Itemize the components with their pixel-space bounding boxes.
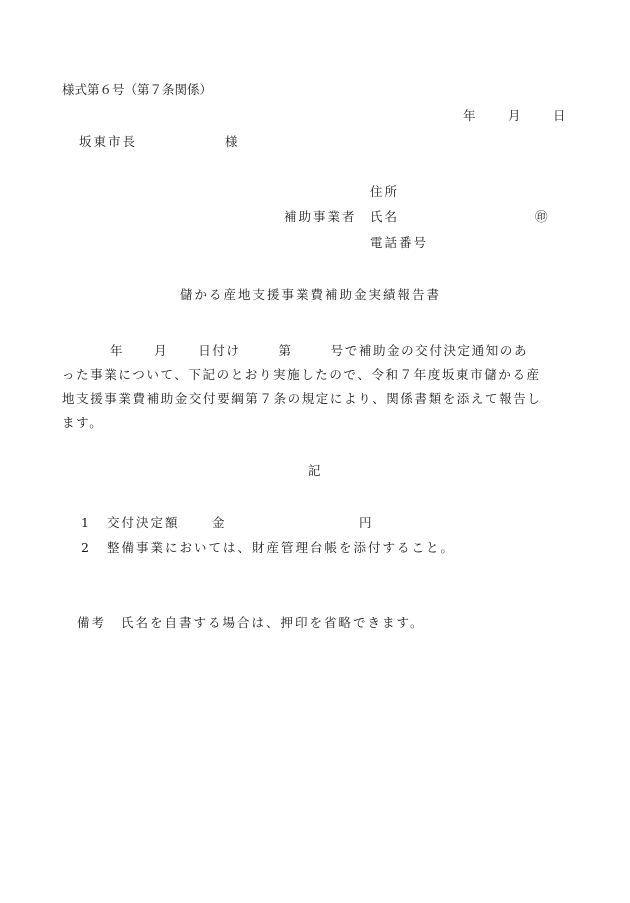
body-line-1-rest: 号で補助金の交付決定通知のあ bbox=[331, 343, 528, 358]
amount-prefix: 金 bbox=[212, 517, 225, 530]
blank-month: 月 bbox=[154, 343, 168, 358]
item-number: 1 bbox=[81, 517, 89, 530]
body-line-4: ます。 bbox=[62, 411, 578, 435]
addressee-honorific: 様 bbox=[225, 136, 238, 149]
document-title: 儲かる産地支援事業費補助金実績報告書 bbox=[180, 289, 441, 302]
address-label: 住所 bbox=[370, 186, 399, 199]
body-line-1: 年月日付け第号で補助金の交付決定通知のあ bbox=[62, 339, 578, 363]
blank-year: 年 bbox=[110, 343, 124, 358]
name-label: 氏名 bbox=[370, 211, 399, 224]
blank-number: 第 bbox=[279, 343, 293, 358]
date-day: 日 bbox=[553, 110, 566, 123]
remarks-text: 氏名を自書する場合は、押印を省略できます。 bbox=[121, 617, 425, 630]
seal-mark: ㊞ bbox=[535, 211, 548, 224]
form-number-label: 様式第６号（第７条関係） bbox=[62, 84, 212, 97]
ki-heading: 記 bbox=[308, 465, 321, 478]
date-year: 年 bbox=[463, 110, 476, 123]
body-line-2: った事業について、下記のとおり実施したので、令和７年度坂東市儲かる産 bbox=[62, 363, 578, 387]
item-label: 整備事業においては、財産管理台帳を添付すること。 bbox=[107, 542, 455, 555]
item-label: 交付決定額 bbox=[107, 517, 180, 530]
addressee-name: 坂東市長 bbox=[79, 136, 137, 149]
body-paragraph: 年月日付け第号で補助金の交付決定通知のあ った事業について、下記のとおり実施した… bbox=[62, 339, 578, 435]
item-number: 2 bbox=[81, 542, 89, 555]
amount-unit: 円 bbox=[359, 517, 372, 530]
blank-dated: 日付け bbox=[198, 343, 240, 358]
date-month: 月 bbox=[508, 110, 521, 123]
remarks-label: 備考 bbox=[77, 617, 106, 630]
phone-label: 電話番号 bbox=[370, 237, 428, 250]
body-line-3: 地支援事業費補助金交付要綱第７条の規定により、関係書類を添えて報告し bbox=[62, 387, 578, 411]
applicant-role: 補助事業者 bbox=[284, 211, 357, 224]
